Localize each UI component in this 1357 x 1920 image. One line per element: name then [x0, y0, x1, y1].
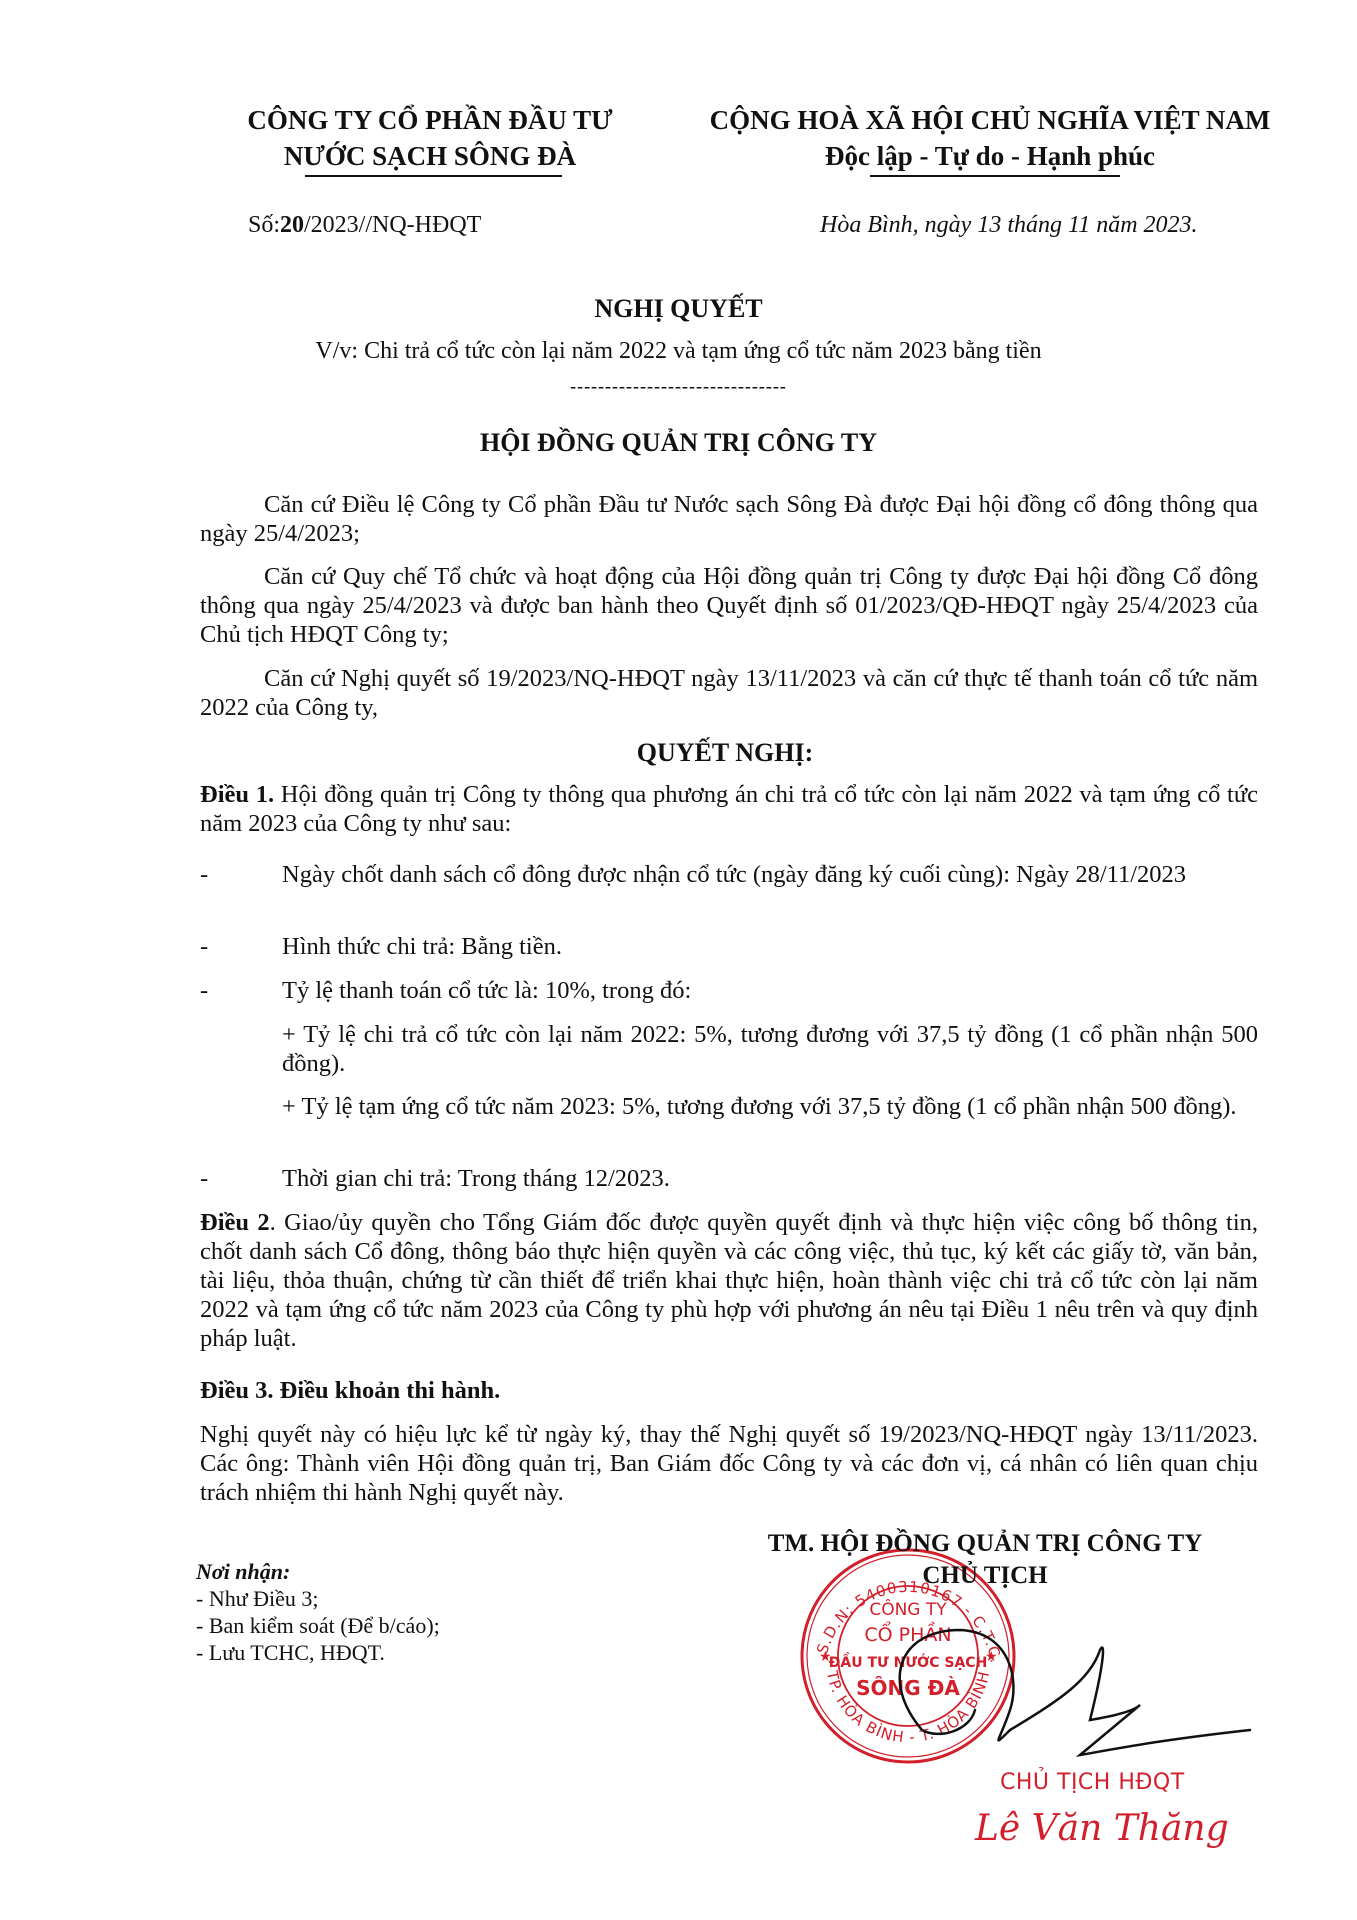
- recipient-item: - Lưu TCHC, HĐQT.: [196, 1639, 440, 1666]
- sub-item: + Tỷ lệ tạm ứng cổ tức năm 2023: 5%, tươ…: [200, 1092, 1258, 1121]
- bullet-dash: -: [200, 932, 220, 961]
- company-name-line1: CÔNG TY CỔ PHẦN ĐẦU TƯ: [180, 102, 680, 138]
- preamble-1: Căn cứ Điều lệ Công ty Cổ phần Đầu tư Nư…: [200, 490, 1258, 548]
- bullet-dash: -: [200, 1164, 220, 1193]
- chair-name: Lê Văn Thăng: [975, 1808, 1229, 1849]
- place-and-date: Hòa Bình, ngày 13 tháng 11 năm 2023.: [820, 212, 1198, 239]
- sub-item-text: + Tỷ lệ tạm ứng cổ tức năm 2023: 5%, tươ…: [282, 1092, 1258, 1121]
- list-item: - Thời gian chi trả: Trong tháng 12/2023…: [200, 1164, 1258, 1193]
- preamble-text: Căn cứ Điều lệ Công ty Cổ phần Đầu tư Nư…: [200, 490, 1258, 548]
- on-behalf-of: TM. HỘI ĐỒNG QUẢN TRỊ CÔNG TY: [730, 1528, 1240, 1560]
- recipients-block: Nơi nhận: - Như Điều 3; - Ban kiểm soát …: [196, 1558, 440, 1666]
- recipient-item: - Ban kiểm soát (Để b/cáo);: [196, 1612, 440, 1639]
- doc-number-prefix: Số:: [248, 212, 280, 238]
- article-2-label: Điều 2: [200, 1209, 270, 1236]
- bullet-dash: -: [200, 860, 220, 889]
- company-name-block: CÔNG TY CỔ PHẦN ĐẦU TƯ NƯỚC SẠCH SÔNG ĐÀ: [180, 102, 680, 174]
- document-page: CÔNG TY CỔ PHẦN ĐẦU TƯ NƯỚC SẠCH SÔNG ĐÀ…: [0, 0, 1357, 1920]
- stamp-line: CÔNG TY: [869, 1598, 947, 1620]
- article-1-label: Điều 1.: [200, 781, 274, 808]
- article-1-text: Hội đồng quản trị Công ty thông qua phươ…: [200, 781, 1258, 837]
- preamble-3: Căn cứ Nghị quyết số 19/2023/NQ-HĐQT ngà…: [200, 664, 1258, 722]
- signer-position: CHỦ TỊCH: [730, 1560, 1240, 1592]
- bullet-text: Hình thức chi trả: Bằng tiền.: [282, 932, 1258, 961]
- document-type-title: NGHỊ QUYẾT: [0, 294, 1357, 324]
- handwritten-signature-icon: [860, 1620, 1280, 1770]
- decision-heading: QUYẾT NGHỊ:: [0, 738, 1357, 768]
- recipients-label: Nơi nhận:: [196, 1558, 440, 1585]
- doc-number-value: 20: [280, 212, 304, 238]
- title-separator: -------------------------------: [0, 376, 1357, 397]
- preamble-text: Căn cứ Nghị quyết số 19/2023/NQ-HĐQT ngà…: [200, 664, 1258, 722]
- document-subject: V/v: Chi trả cổ tức còn lại năm 2022 và …: [0, 338, 1357, 365]
- preamble-2: Căn cứ Quy chế Tổ chức và hoạt động của …: [200, 562, 1258, 649]
- national-motto: Độc lập - Tự do - Hạnh phúc: [680, 138, 1300, 174]
- chair-title: CHỦ TỊCH HĐQT: [1000, 1770, 1185, 1795]
- bullet-text: Ngày chốt danh sách cổ đông được nhận cổ…: [282, 860, 1258, 889]
- sub-item-text: + Tỷ lệ chi trả cổ tức còn lại năm 2022:…: [282, 1020, 1258, 1078]
- preamble-text: Căn cứ Quy chế Tổ chức và hoạt động của …: [200, 562, 1258, 649]
- doc-number-suffix: /2023//NQ-HĐQT: [304, 212, 481, 238]
- company-underline: [305, 175, 562, 177]
- article-3-text: Nghị quyết này có hiệu lực kể từ ngày ký…: [200, 1420, 1258, 1507]
- country-name: CỘNG HOÀ XÃ HỘI CHỦ NGHĨA VIỆT NAM: [680, 102, 1300, 138]
- bullet-text: Tỷ lệ thanh toán cổ tức là: 10%, trong đ…: [282, 976, 1258, 1005]
- list-item: - Ngày chốt danh sách cổ đông được nhận …: [200, 860, 1258, 889]
- company-name-line2: NƯỚC SẠCH SÔNG ĐÀ: [180, 138, 680, 174]
- bullet-text: Thời gian chi trả: Trong tháng 12/2023.: [282, 1164, 1258, 1193]
- document-number: Số:20/2023//NQ-HĐQT: [248, 212, 481, 239]
- article-3-heading: Điều 3. Điều khoản thi hành.: [200, 1376, 1258, 1405]
- list-item: - Hình thức chi trả: Bằng tiền.: [200, 932, 1258, 961]
- national-motto-block: CỘNG HOÀ XÃ HỘI CHỦ NGHĨA VIỆT NAM Độc l…: [680, 102, 1300, 174]
- sub-item: + Tỷ lệ chi trả cổ tức còn lại năm 2022:…: [200, 1020, 1258, 1078]
- recipient-item: - Như Điều 3;: [196, 1585, 440, 1612]
- article-3: Nghị quyết này có hiệu lực kể từ ngày ký…: [200, 1420, 1258, 1507]
- motto-underline: [870, 175, 1120, 177]
- article-2-text: . Giao/ủy quyền cho Tổng Giám đốc được q…: [200, 1209, 1258, 1352]
- article-2: Điều 2. Giao/ủy quyền cho Tổng Giám đốc …: [200, 1208, 1258, 1353]
- article-1: Điều 1. Hội đồng quản trị Công ty thông …: [200, 780, 1258, 838]
- list-item: - Tỷ lệ thanh toán cổ tức là: 10%, trong…: [200, 976, 1258, 1005]
- issuer-title: HỘI ĐỒNG QUẢN TRỊ CÔNG TY: [0, 428, 1357, 458]
- bullet-dash: -: [200, 976, 220, 1005]
